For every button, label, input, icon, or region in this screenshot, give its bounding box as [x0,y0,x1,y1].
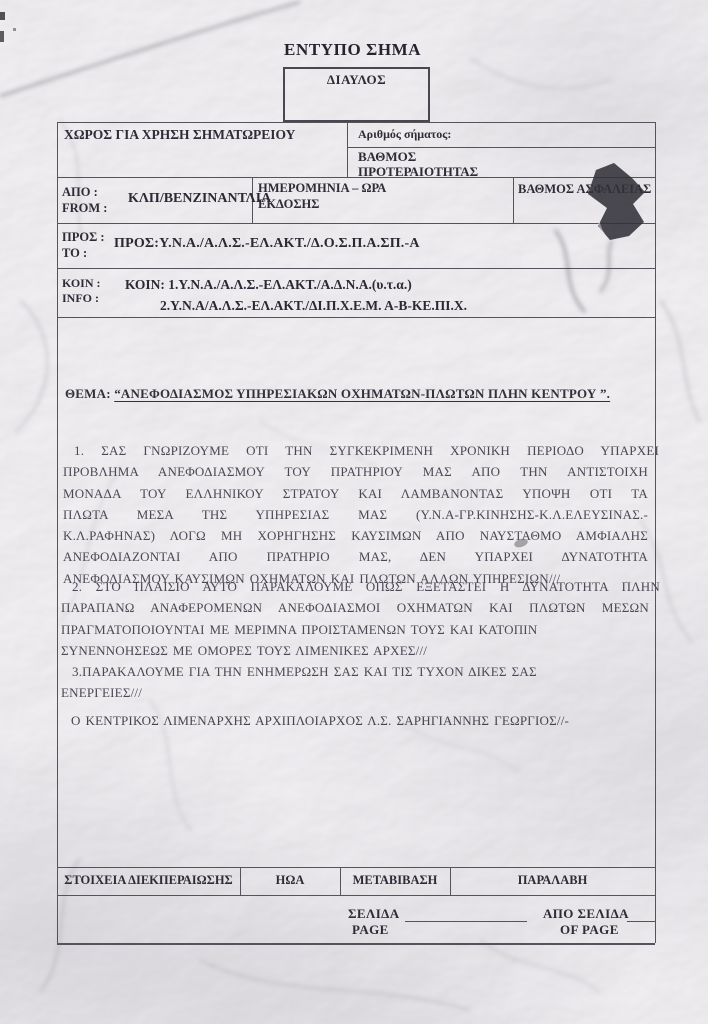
table-line-row2-bottom [57,223,655,224]
scan-speck [0,12,5,20]
subject-label: ΘΕΜΑ: [65,386,111,401]
tear-mark-streak [590,196,604,234]
text-line: 3.ΠΑΡΑΚΑΛΟΥΜΕ ΓΙΑ ΤΗΝ ΕΝΗΜΕΡΩΣΗ ΣΑΣ ΚΑΙ … [61,661,660,682]
text-line: ΠΛΩΤΑ ΜΕΣΑ ΤΗΣ ΥΠΗΡΕΣΙΑΣ ΜΑΣ (Υ.Ν.Α-ΓΡ.Κ… [63,504,648,525]
paragraph-2: 2. ΣΤΟ ΠΛΑΙΣΙΟ ΑΥΤΟ ΠΑΡΑΚΑΛΟΥΜΕ ΟΠΩΣ ΕΞΕ… [61,576,649,661]
page-label-gr: ΣΕΛΙΔΑ [348,906,400,922]
paragraph-3: 3.ΠΑΡΑΚΑΛΟΥΜΕ ΓΙΑ ΤΗΝ ΕΝΗΜΕΡΩΣΗ ΣΑΣ ΚΑΙ … [61,661,649,704]
subject-line: ΘΕΜΑ: “ΑΝΕΦΟΔΙΑΣΜΟΣ ΥΠΗΡΕΣΙΑΚΩΝ ΟΧΗΜΑΤΩΝ… [65,386,610,402]
table-line-row1-bottom [57,177,655,178]
info-label-en: INFO : [62,291,99,306]
info-value-line2: 2.Υ.Ν.Α/Α.Λ.Σ.-ΕΛ.ΑΚΤ./ΔΙ.Π.Χ.Ε.Μ. Α-Β-Κ… [160,298,467,314]
security-label: ΒΑΘΜΟΣ ΑΣΦΑΛΕΙΑΣ [518,181,651,197]
page-number-fill-line [405,921,527,922]
priority-label-line1: ΒΑΘΜΟΣ [358,149,416,165]
from-label-gr: ΑΠΟ : [62,184,98,200]
text-line: ΠΡΟΒΛΗΜΑ ΑΝΕΦΟΔΙΑΣΜΟΥ ΤΟΥ ΠΡΑΤΗΡΙΟΥ ΜΑΣ … [63,461,648,482]
datetime-label-line2: ΕΚΔΟΣΗΣ [258,196,319,212]
tear-mark [588,163,645,240]
footer-col-hoa: ΗΩΑ [240,873,340,888]
table-line-row3-bottom [57,268,655,269]
scan-speck [0,31,4,42]
from-label-en: FROM : [62,200,107,216]
to-label-gr: ΠΡΟΣ : [62,229,105,245]
channel-box: ΔΙΑΥΛΟΣ [283,67,430,122]
text-line: ΜΟΝΑΔΑ ΤΟΥ ΕΛΛΗΝΙΚΟΥ ΣΤΡΑΤΟΥ ΚΑΙ ΛΑΜΒΑΝΟ… [63,483,648,504]
text-line: ΠΡΑΓΜΑΤΟΠΟΙΟΥΝΤΑΙ ΜΕ ΜΕΡΙΜΝΑ ΠΡΟΙΣΤΑΜΕΝΩ… [61,619,649,640]
info-label-gr: ΚΟΙΝ : [62,276,100,291]
text-line: ΑΝΕΦΟΔΙΑΣΜΟΥ ΚΑΥΣΙΜΩΝ ΟΧΗΜΑΤΩΝ ΚΑΙ ΠΛΩΤΩ… [63,568,648,589]
scanned-signal-form: ΕΝΤΥΠΟ ΣΗΜΑ ΔΙΑΥΛΟΣ ΧΩΡΟΣ ΓΙΑ ΧΡΗΣΗ ΣΗΜΑ… [0,0,708,1024]
signal-area-label: ΧΩΡΟΣ ΓΙΑ ΧΡΗΣΗ ΣΗΜΑΤΩΡΕΙΟΥ [64,127,295,143]
from-value: ΚΛΠ/ΒΕΝΖΙΝΑΝΤΛΙΑ [128,191,271,207]
table-line-top [57,122,655,123]
footer-col-processing: ΣΤΟΙΧΕΙΑ ΔΙΕΚΠΕΡΑΙΩΣΗΣ [57,873,240,888]
page-label-en: PAGE [352,922,389,938]
form-border-bottom [57,943,655,945]
table-line-signal-number [347,147,655,148]
paper-creases [0,0,708,1024]
of-page-label-en: OF PAGE [560,922,619,938]
of-page-label-gr: ΑΠΟ ΣΕΛΙΔΑ [543,906,629,922]
form-title: ΕΝΤΥΠΟ ΣΗΜΑ [284,40,421,60]
to-value: ΠΡΟΣ:Υ.Ν.Α./Α.Λ.Σ.-ΕΛ.ΑΚΤ./Δ.Ο.Σ.Π.Α.ΣΠ.… [114,236,420,252]
text-line: ΣΥΝΕΝΝΟΗΣΕΩΣ ΜΕ ΟΜΟΡΕΣ ΤΟΥΣ ΛΙΜΕΝΙΚΕΣ ΑΡ… [61,640,649,661]
scan-speck [13,28,16,31]
paragraph-1: 1. ΣΑΣ ΓΝΩΡΙΖΟΥΜΕ ΟΤΙ ΤΗΝ ΣΥΓΚΕΚΡΙΜΕΝΗ Χ… [63,440,648,589]
datetime-label-line1: ΗΜΕΡΟΜΗΝΙΑ – ΩΡΑ [258,180,386,196]
footer-table-top [57,867,655,868]
footer-divider-3 [450,867,451,895]
footer-divider-1 [240,867,241,895]
form-border-right [655,122,656,943]
paper-texture [0,0,708,1024]
table-divider-security [513,177,514,223]
table-line-row4-bottom [57,317,655,318]
table-divider-from [252,177,253,223]
footer-divider-2 [340,867,341,895]
text-line: ΕΝΕΡΓΕΙΕΣ/// [61,682,649,703]
to-label-en: TO : [62,245,87,261]
form-content: ΕΝΤΥΠΟ ΣΗΜΑ ΔΙΑΥΛΟΣ ΧΩΡΟΣ ΓΙΑ ΧΡΗΣΗ ΣΗΜΑ… [0,0,708,1024]
channel-label: ΔΙΑΥΛΟΣ [285,72,428,88]
table-divider-row1 [347,122,348,177]
tear-marks [0,0,708,1024]
info-value-line1: ΚΟΙΝ: 1.Υ.Ν.Α./Α.Λ.Σ.-ΕΛ.ΑΚΤ./Α.Δ.Ν.Α.(υ… [125,277,412,293]
text-line: 1. ΣΑΣ ΓΝΩΡΙΖΟΥΜΕ ΟΤΙ ΤΗΝ ΣΥΓΚΕΚΡΙΜΕΝΗ Χ… [63,440,659,461]
signal-number-label: Αριθμός σήματος: [358,127,451,142]
footer-col-transmission: ΜΕΤΑΒΙΒΑΣΗ [340,873,450,888]
footer-table-bottom [57,895,655,896]
text-line: ΠΑΡΑΠΑΝΩ ΑΝΑΦΕΡΟΜΕΝΩΝ ΑΝΕΦΟΔΙΑΣΜΟΙ ΟΧΗΜΑ… [61,597,649,618]
subject-value: “ΑΝΕΦΟΔΙΑΣΜΟΣ ΥΠΗΡΕΣΙΑΚΩΝ ΟΧΗΜΑΤΩΝ-ΠΛΩΤΩ… [114,386,610,401]
priority-label-line2: ΠΡΟΤΕΡΑΙΟΤΗΤΑΣ [358,164,478,180]
text-line: 2. ΣΤΟ ΠΛΑΙΣΙΟ ΑΥΤΟ ΠΑΡΑΚΑΛΟΥΜΕ ΟΠΩΣ ΕΞΕ… [61,576,660,597]
footer-col-receipt: ΠΑΡΑΛΑΒΗ [450,873,655,888]
crease-spot [513,537,529,549]
of-page-number-fill-line [627,921,655,922]
text-line: ΑΝΕΦΟΔΙΑΖΟΝΤΑΙ ΑΠΟ ΠΡΑΤΗΡΙΟ ΜΑΣ, ΔΕΝ ΥΠΑ… [63,546,648,567]
signature-line: Ο ΚΕΝΤΡΙΚΟΣ ΛΙΜΕΝΑΡΧΗΣ ΑΡΧΙΠΛΟΙΑΡΧΟΣ Λ.Σ… [71,710,651,731]
text-line: Κ.Λ.ΡΑΦΗΝΑΣ) ΛΟΓΩ ΜΗ ΧΟΡΗΓΗΣΗΣ ΚΑΥΣΙΜΩΝ … [63,525,648,546]
form-border-left [57,122,58,943]
